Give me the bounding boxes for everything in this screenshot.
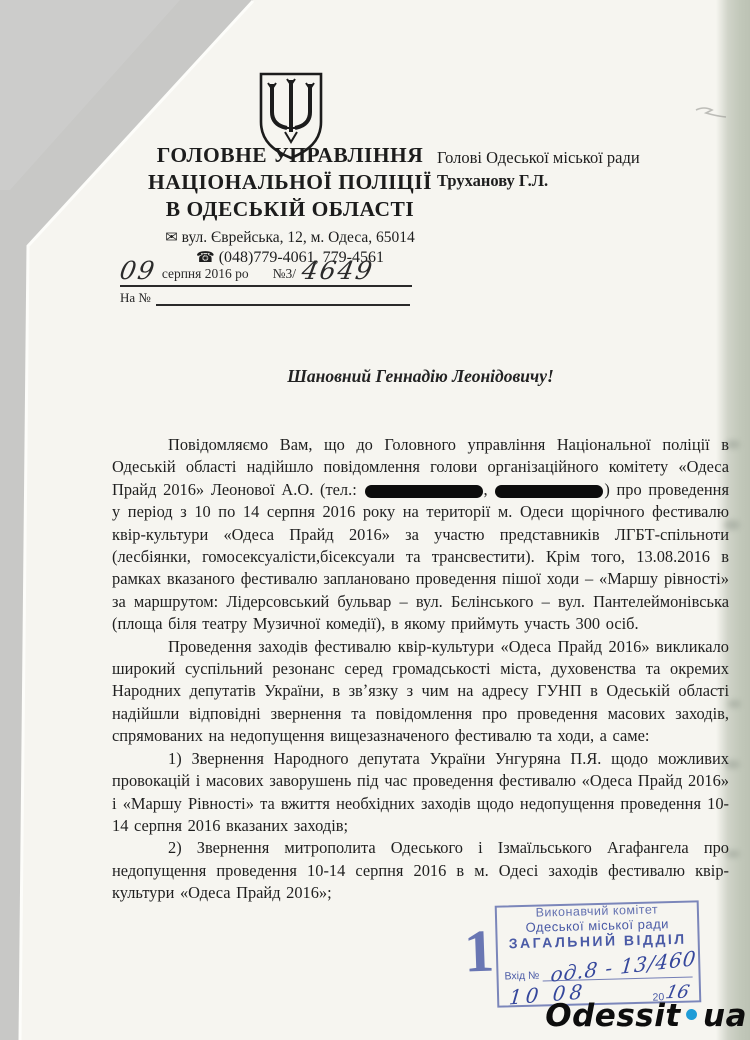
site-watermark: Odessit•ua bbox=[545, 998, 747, 1034]
reply-to-line: На № bbox=[120, 290, 410, 306]
stamp-entry-line: од.8 - 13/460 bbox=[542, 951, 693, 982]
org-name-line2: НАЦІОНАЛЬНОЇ ПОЛІЦІЇ bbox=[118, 169, 462, 196]
recipient-title: Голові Одеської міської ради bbox=[437, 146, 640, 169]
stamp-entry-label: Вхід № bbox=[504, 970, 539, 983]
stamp-entry-row: Вхід № од.8 - 13/460 bbox=[504, 951, 693, 983]
org-name-line3: В ОДЕСЬКІЙ ОБЛАСТІ bbox=[118, 196, 462, 223]
address-text: вул. Єврейська, 12, м. Одеса, 65014 bbox=[182, 229, 415, 246]
stamp-page-digit: 1 bbox=[463, 922, 495, 979]
org-address: ✉ вул. Єврейська, 12, м. Одеса, 65014 bbox=[118, 228, 462, 247]
envelope-icon: ✉ bbox=[165, 230, 178, 246]
handwritten-date: 09 bbox=[118, 260, 158, 282]
org-name-line1: ГОЛОВНЕ УПРАВЛІННЯ bbox=[118, 142, 462, 169]
stamp-box: Виконавчий комітет Одеської міської ради… bbox=[495, 900, 702, 1007]
handwritten-number: 4649 bbox=[300, 260, 376, 282]
reference-date-line: 09 серпня 2016 ро №3/ 4649 bbox=[120, 260, 412, 287]
redacted-phone-number bbox=[365, 485, 483, 498]
reply-to-blank-line bbox=[156, 292, 410, 306]
printed-date-text: серпня 2016 ро bbox=[162, 266, 249, 282]
reply-to-label: На № bbox=[120, 290, 151, 306]
body-paragraph: 1) Звернення Народного депутата України … bbox=[112, 748, 729, 838]
redacted-phone-number bbox=[495, 485, 603, 498]
watermark-main: Odessit bbox=[545, 998, 680, 1034]
reference-block: 09 серпня 2016 ро №3/ 4649 На № bbox=[120, 260, 412, 306]
recipient-block: Голові Одеської міської ради Труханову Г… bbox=[437, 146, 640, 192]
body-paragraphs: Повідомляємо Вам, що до Головного управл… bbox=[112, 434, 729, 905]
watermark-suffix: ua bbox=[703, 998, 747, 1034]
letterhead: ГОЛОВНЕ УПРАВЛІННЯ НАЦІОНАЛЬНОЇ ПОЛІЦІЇ … bbox=[118, 142, 462, 267]
recipient-name: Труханову Г.Л. bbox=[437, 169, 640, 192]
body-paragraph: Повідомляємо Вам, що до Головного управл… bbox=[112, 434, 729, 636]
outgoing-number-label: №3/ bbox=[273, 266, 296, 282]
scanned-letter-page: ГОЛОВНЕ УПРАВЛІННЯ НАЦІОНАЛЬНОЇ ПОЛІЦІЇ … bbox=[0, 0, 750, 1040]
salutation: Шановний Геннадію Леонідовичу! bbox=[112, 366, 729, 387]
watermark-dot-icon: • bbox=[682, 998, 702, 1034]
body-paragraph: Проведення заходів фестивалю квір-культу… bbox=[112, 636, 729, 748]
pencil-mark bbox=[692, 104, 732, 124]
